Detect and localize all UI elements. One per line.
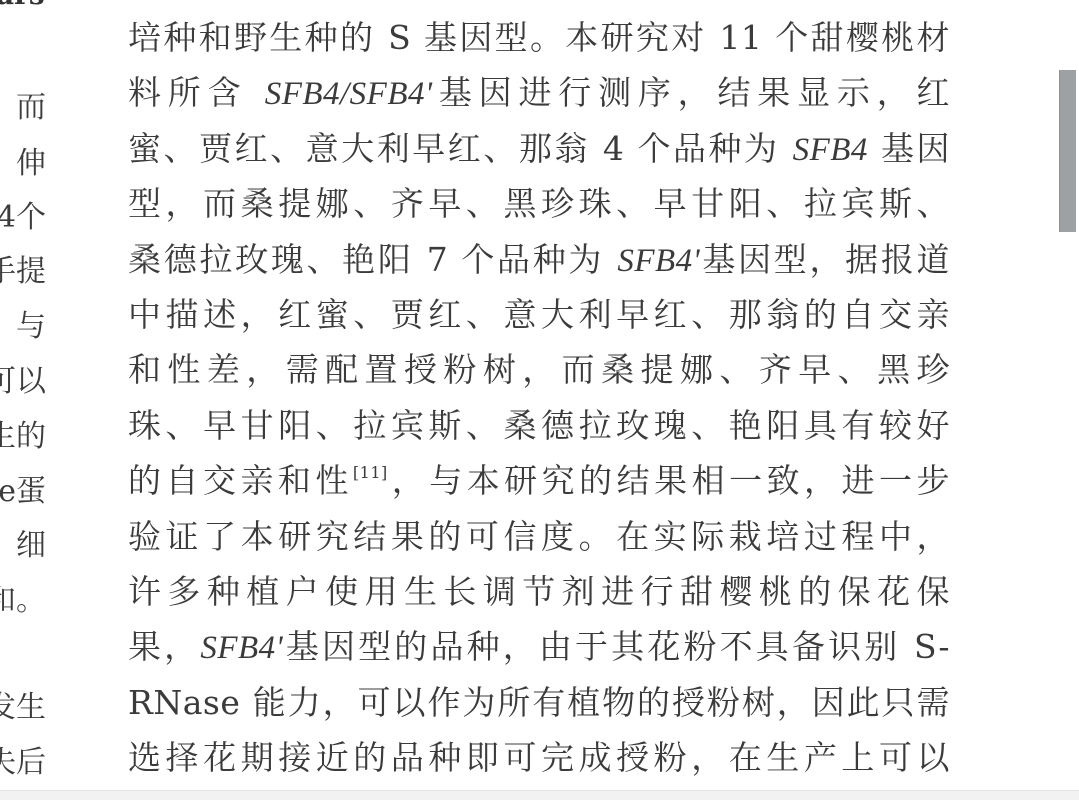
line-text: 基因 (868, 129, 950, 168)
left-column-fragment: ars 而伸4个手提与可以生的e蛋细秆和。发生失后 (0, 0, 50, 790)
gene-name: SFB4' (617, 243, 700, 279)
line-text: 桑德拉玫瑰、艳阳 7 个品种为 (128, 240, 617, 279)
line-text: 料所含 (128, 73, 265, 112)
line-text: RNase 能力，可以作为所有植物的授粉树，因此只需 (128, 683, 950, 722)
left-column-line: 4个 (0, 200, 46, 236)
left-column-line: 失后 (0, 745, 46, 781)
paragraph-line: RNase 能力，可以作为所有植物的授粉树，因此只需 (128, 675, 950, 730)
line-text: 选择花期接近的品种即可完成授粉，在生产上可以 (128, 738, 950, 777)
paragraph-line: 选择花期接近的品种即可完成授粉，在生产上可以 (128, 730, 950, 785)
line-text: 的自交亲和性 (128, 461, 353, 500)
gene-name: SFB4/SFB4' (265, 76, 433, 112)
paragraph-line: 型，而桑提娜、齐早、黑珍珠、早甘阳、拉宾斯、 (128, 176, 950, 231)
line-text: 培种和野生种的 S 基因型。本研究对 11 个甜樱桃材 (128, 18, 950, 57)
line-text: 型，而桑提娜、齐早、黑珍珠、早甘阳、拉宾斯、 (128, 184, 950, 223)
line-text: 蜜、贾红、意大利早红、那翁 4 个品种为 (128, 129, 793, 168)
line-text: ，与本研究的结果相一致，进一步 (388, 461, 950, 500)
left-column-line: e蛋 (0, 474, 46, 510)
left-column-line: 手提 (0, 254, 46, 290)
paragraph-line: 许多种植户使用生长调节剂进行甜樱桃的保花保 (128, 564, 950, 619)
scrollbar-thumb[interactable] (1059, 70, 1076, 232)
left-column-line: 发生 (0, 690, 46, 726)
line-text: 中描述，红蜜、贾红、意大利早红、那翁的自交亲 (128, 295, 950, 334)
document-page: ars 而伸4个手提与可以生的e蛋细秆和。发生失后 培种和野生种的 S 基因型。… (0, 0, 1079, 790)
line-text: 珠、早甘阳、拉宾斯、桑德拉玫瑰、艳阳具有较好 (128, 406, 950, 445)
left-column-top-fragment: ars (0, 0, 45, 11)
bottom-edge-bar (0, 790, 1079, 800)
paragraph-line: 料所含 SFB4/SFB4'基因进行测序，结果显示，红 (128, 65, 950, 120)
paragraph-line: 的自交亲和性[11]，与本研究的结果相一致，进一步 (128, 453, 950, 508)
left-column-line: 与 (16, 309, 46, 345)
vertical-scrollbar[interactable] (1055, 0, 1079, 790)
paragraph-line: 中描述，红蜜、贾红、意大利早红、那翁的自交亲 (128, 287, 950, 342)
line-text: 果， (128, 627, 200, 666)
citation-ref[interactable]: [11] (353, 463, 388, 482)
line-text: 基因进行测序，结果显示，红 (433, 73, 950, 112)
left-column-line: 可以 (0, 364, 46, 400)
left-column-line: 生的 (0, 419, 46, 455)
line-text: 基因型，据报道 (700, 240, 950, 279)
paragraph-line: 珠、早甘阳、拉宾斯、桑德拉玫瑰、艳阳具有较好 (128, 398, 950, 453)
paragraph-line: 验证了本研究结果的可信度。在实际栽培过程中， (128, 509, 950, 564)
left-column-line: 而 (16, 90, 46, 126)
left-column-line: 伸 (16, 146, 46, 182)
paragraph-line: 桑德拉玫瑰、艳阳 7 个品种为 SFB4'基因型，据报道 (128, 232, 950, 287)
paragraph-line: 蜜、贾红、意大利早红、那翁 4 个品种为 SFB4 基因 (128, 121, 950, 176)
line-text: 基因型的品种，由于其花粉不具备识别 S- (283, 627, 950, 666)
line-text: 许多种植户使用生长调节剂进行甜樱桃的保花保 (128, 572, 950, 611)
gene-name: SFB4 (793, 132, 868, 168)
left-column-line: 细 (16, 528, 46, 564)
main-text-column: 培种和野生种的 S 基因型。本研究对 11 个甜樱桃材料所含 SFB4/SFB4… (128, 10, 950, 785)
paragraph-line: 和性差，需配置授粉树，而桑提娜、齐早、黑珍 (128, 342, 950, 397)
left-column-line: 秆和。 (0, 583, 46, 619)
paragraph-line: 培种和野生种的 S 基因型。本研究对 11 个甜樱桃材 (128, 10, 950, 65)
line-text: 和性差，需配置授粉树，而桑提娜、齐早、黑珍 (128, 350, 950, 389)
line-text: 验证了本研究结果的可信度。在实际栽培过程中， (128, 517, 950, 556)
gene-name: SFB4' (200, 630, 283, 666)
paragraph-line: 果，SFB4'基因型的品种，由于其花粉不具备识别 S- (128, 619, 950, 674)
